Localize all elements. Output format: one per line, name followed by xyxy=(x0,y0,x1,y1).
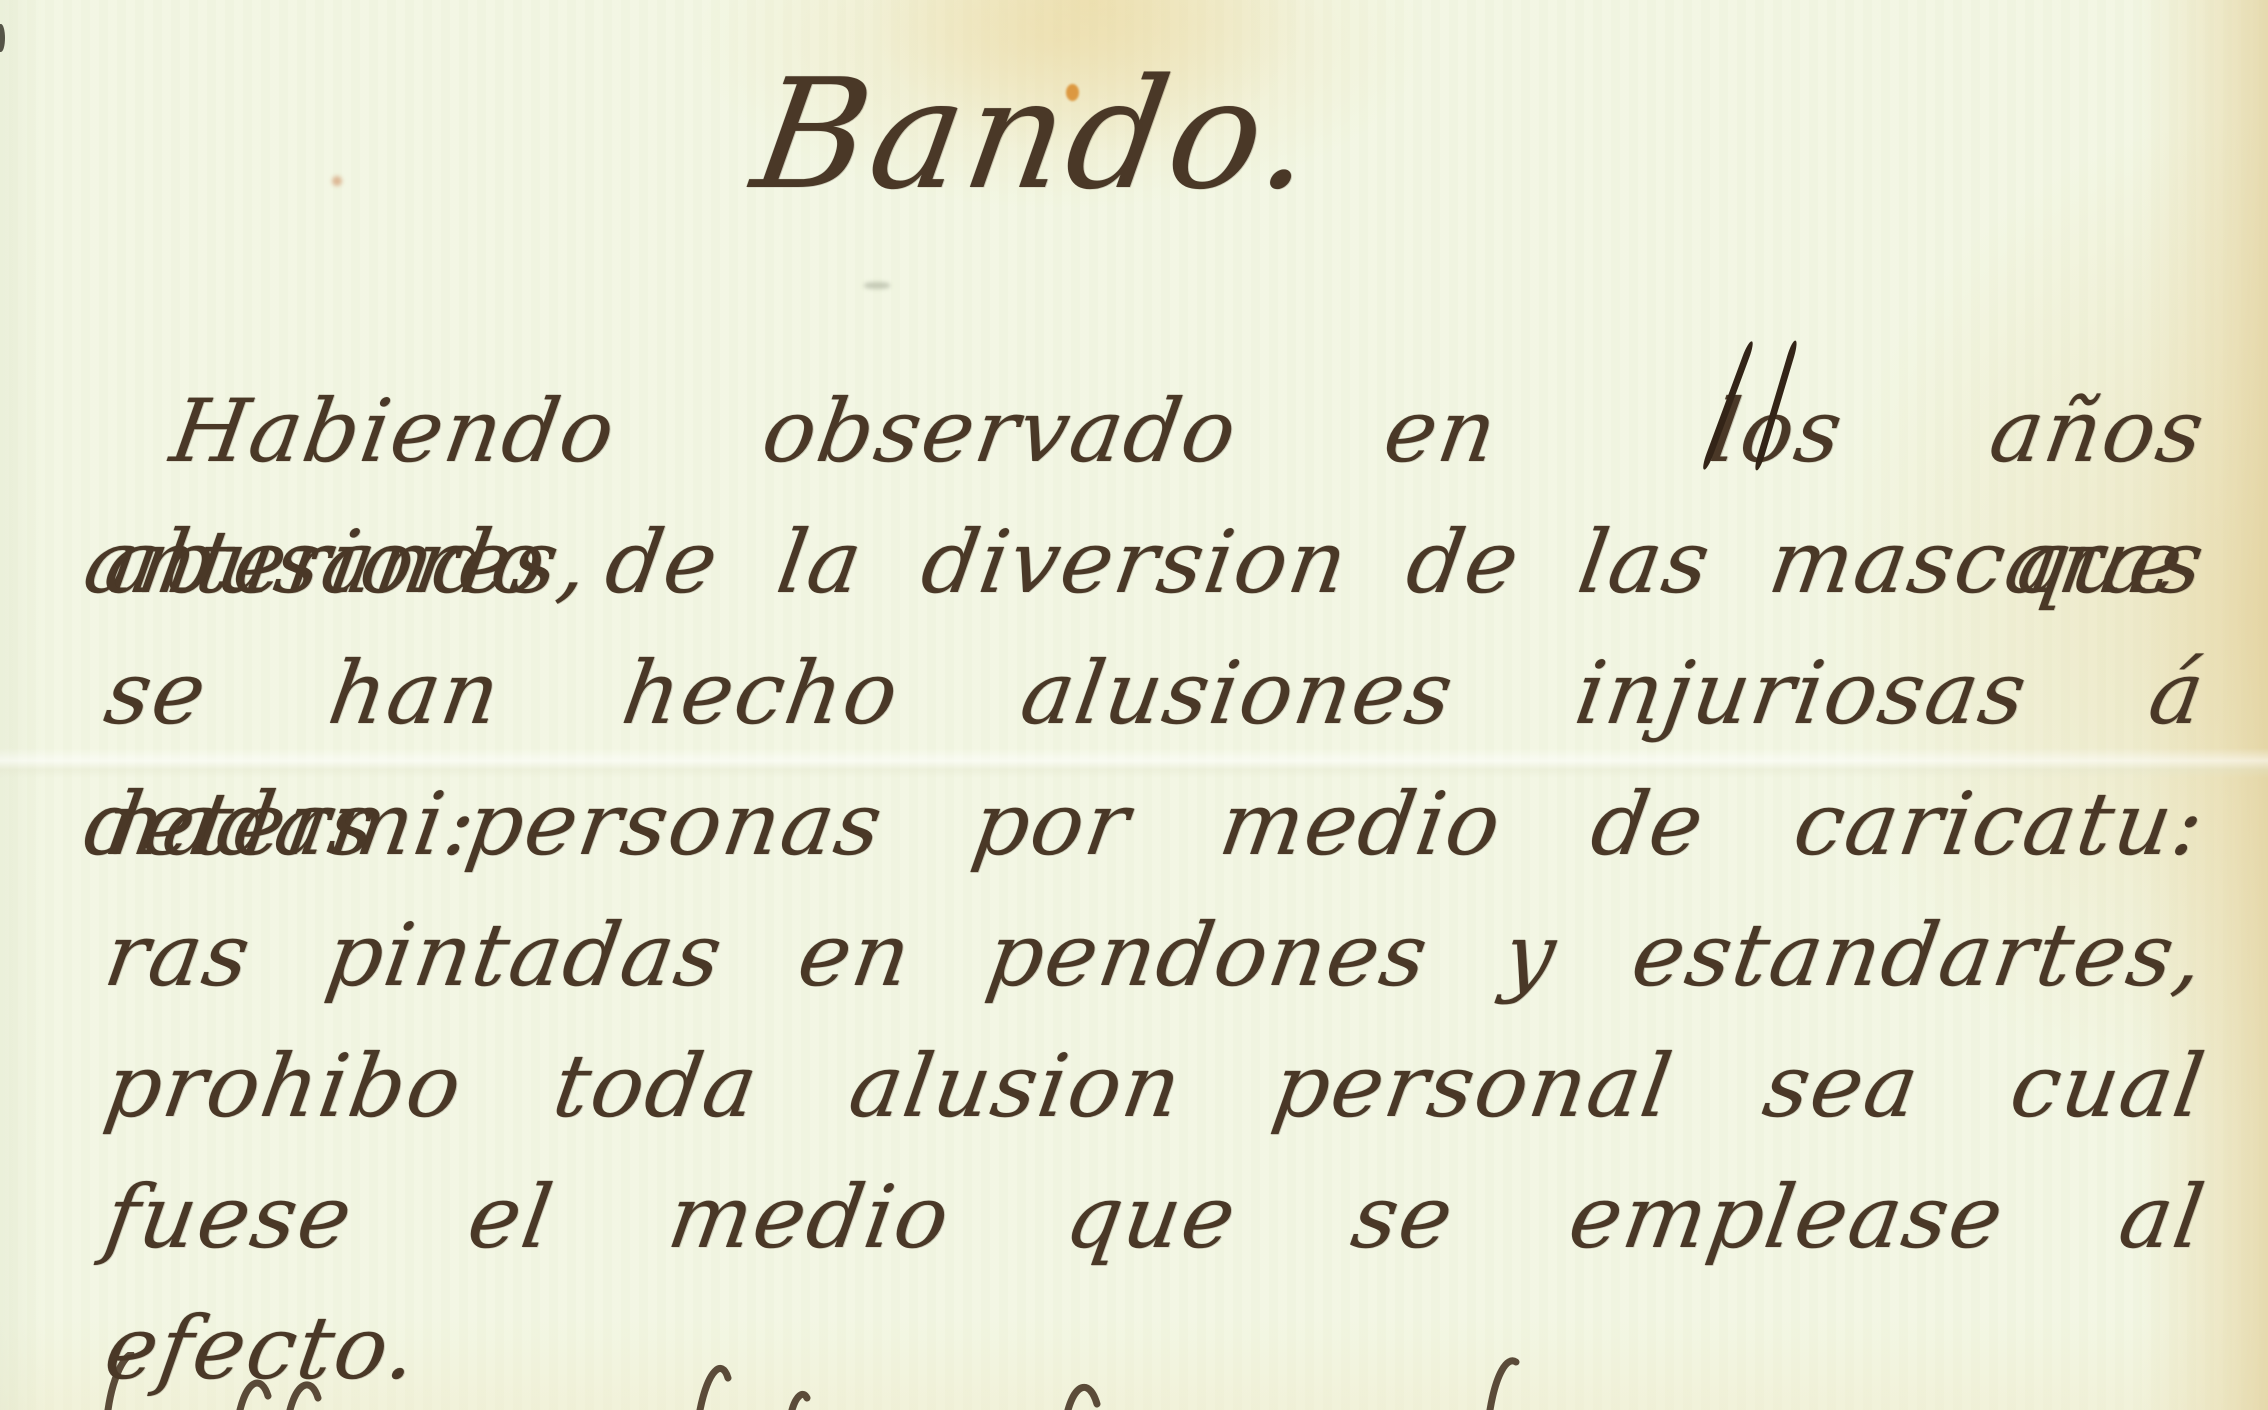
manuscript-line: fuese el medio que se emplease al xyxy=(96,1152,2215,1283)
partial-line-strokes xyxy=(0,1352,2268,1410)
scan-edge-notch xyxy=(0,24,5,52)
struck-word: los xyxy=(1635,366,1853,497)
manuscript-line: se han hecho alusiones injuriosas á dete… xyxy=(96,628,2215,759)
manuscript-line: ras pintadas en pendones y estandartes, xyxy=(96,890,2215,1021)
manuscript-line: Habiendo observado en los años anteriore… xyxy=(96,366,2215,497)
document-title: Bando. xyxy=(0,40,2268,230)
line-segment: Habiendo observado en xyxy=(164,380,1654,482)
manuscript-lines: Habiendo observado en los años anteriore… xyxy=(96,366,2194,1410)
line-segment: nadas personas por medio de caricatu: xyxy=(98,773,2212,875)
manuscript-line: abusando de la diversion de las mascaras xyxy=(96,497,2215,628)
line-segment: ras pintadas en pendones y estandartes, xyxy=(98,904,2212,1006)
line-segment: abusando de la diversion de las mascaras xyxy=(98,511,2212,613)
line-segment: prohibo toda alusion personal sea cual xyxy=(98,1035,2212,1137)
manuscript-page: Bando. Habiendo observado en los años an… xyxy=(0,0,2268,1410)
paper-smudge xyxy=(864,282,890,289)
manuscript-line: nadas personas por medio de caricatu: xyxy=(96,759,2215,890)
line-segment: fuese el medio que se emplease al xyxy=(98,1166,2212,1268)
manuscript-line: prohibo toda alusion personal sea cual xyxy=(96,1021,2215,1152)
